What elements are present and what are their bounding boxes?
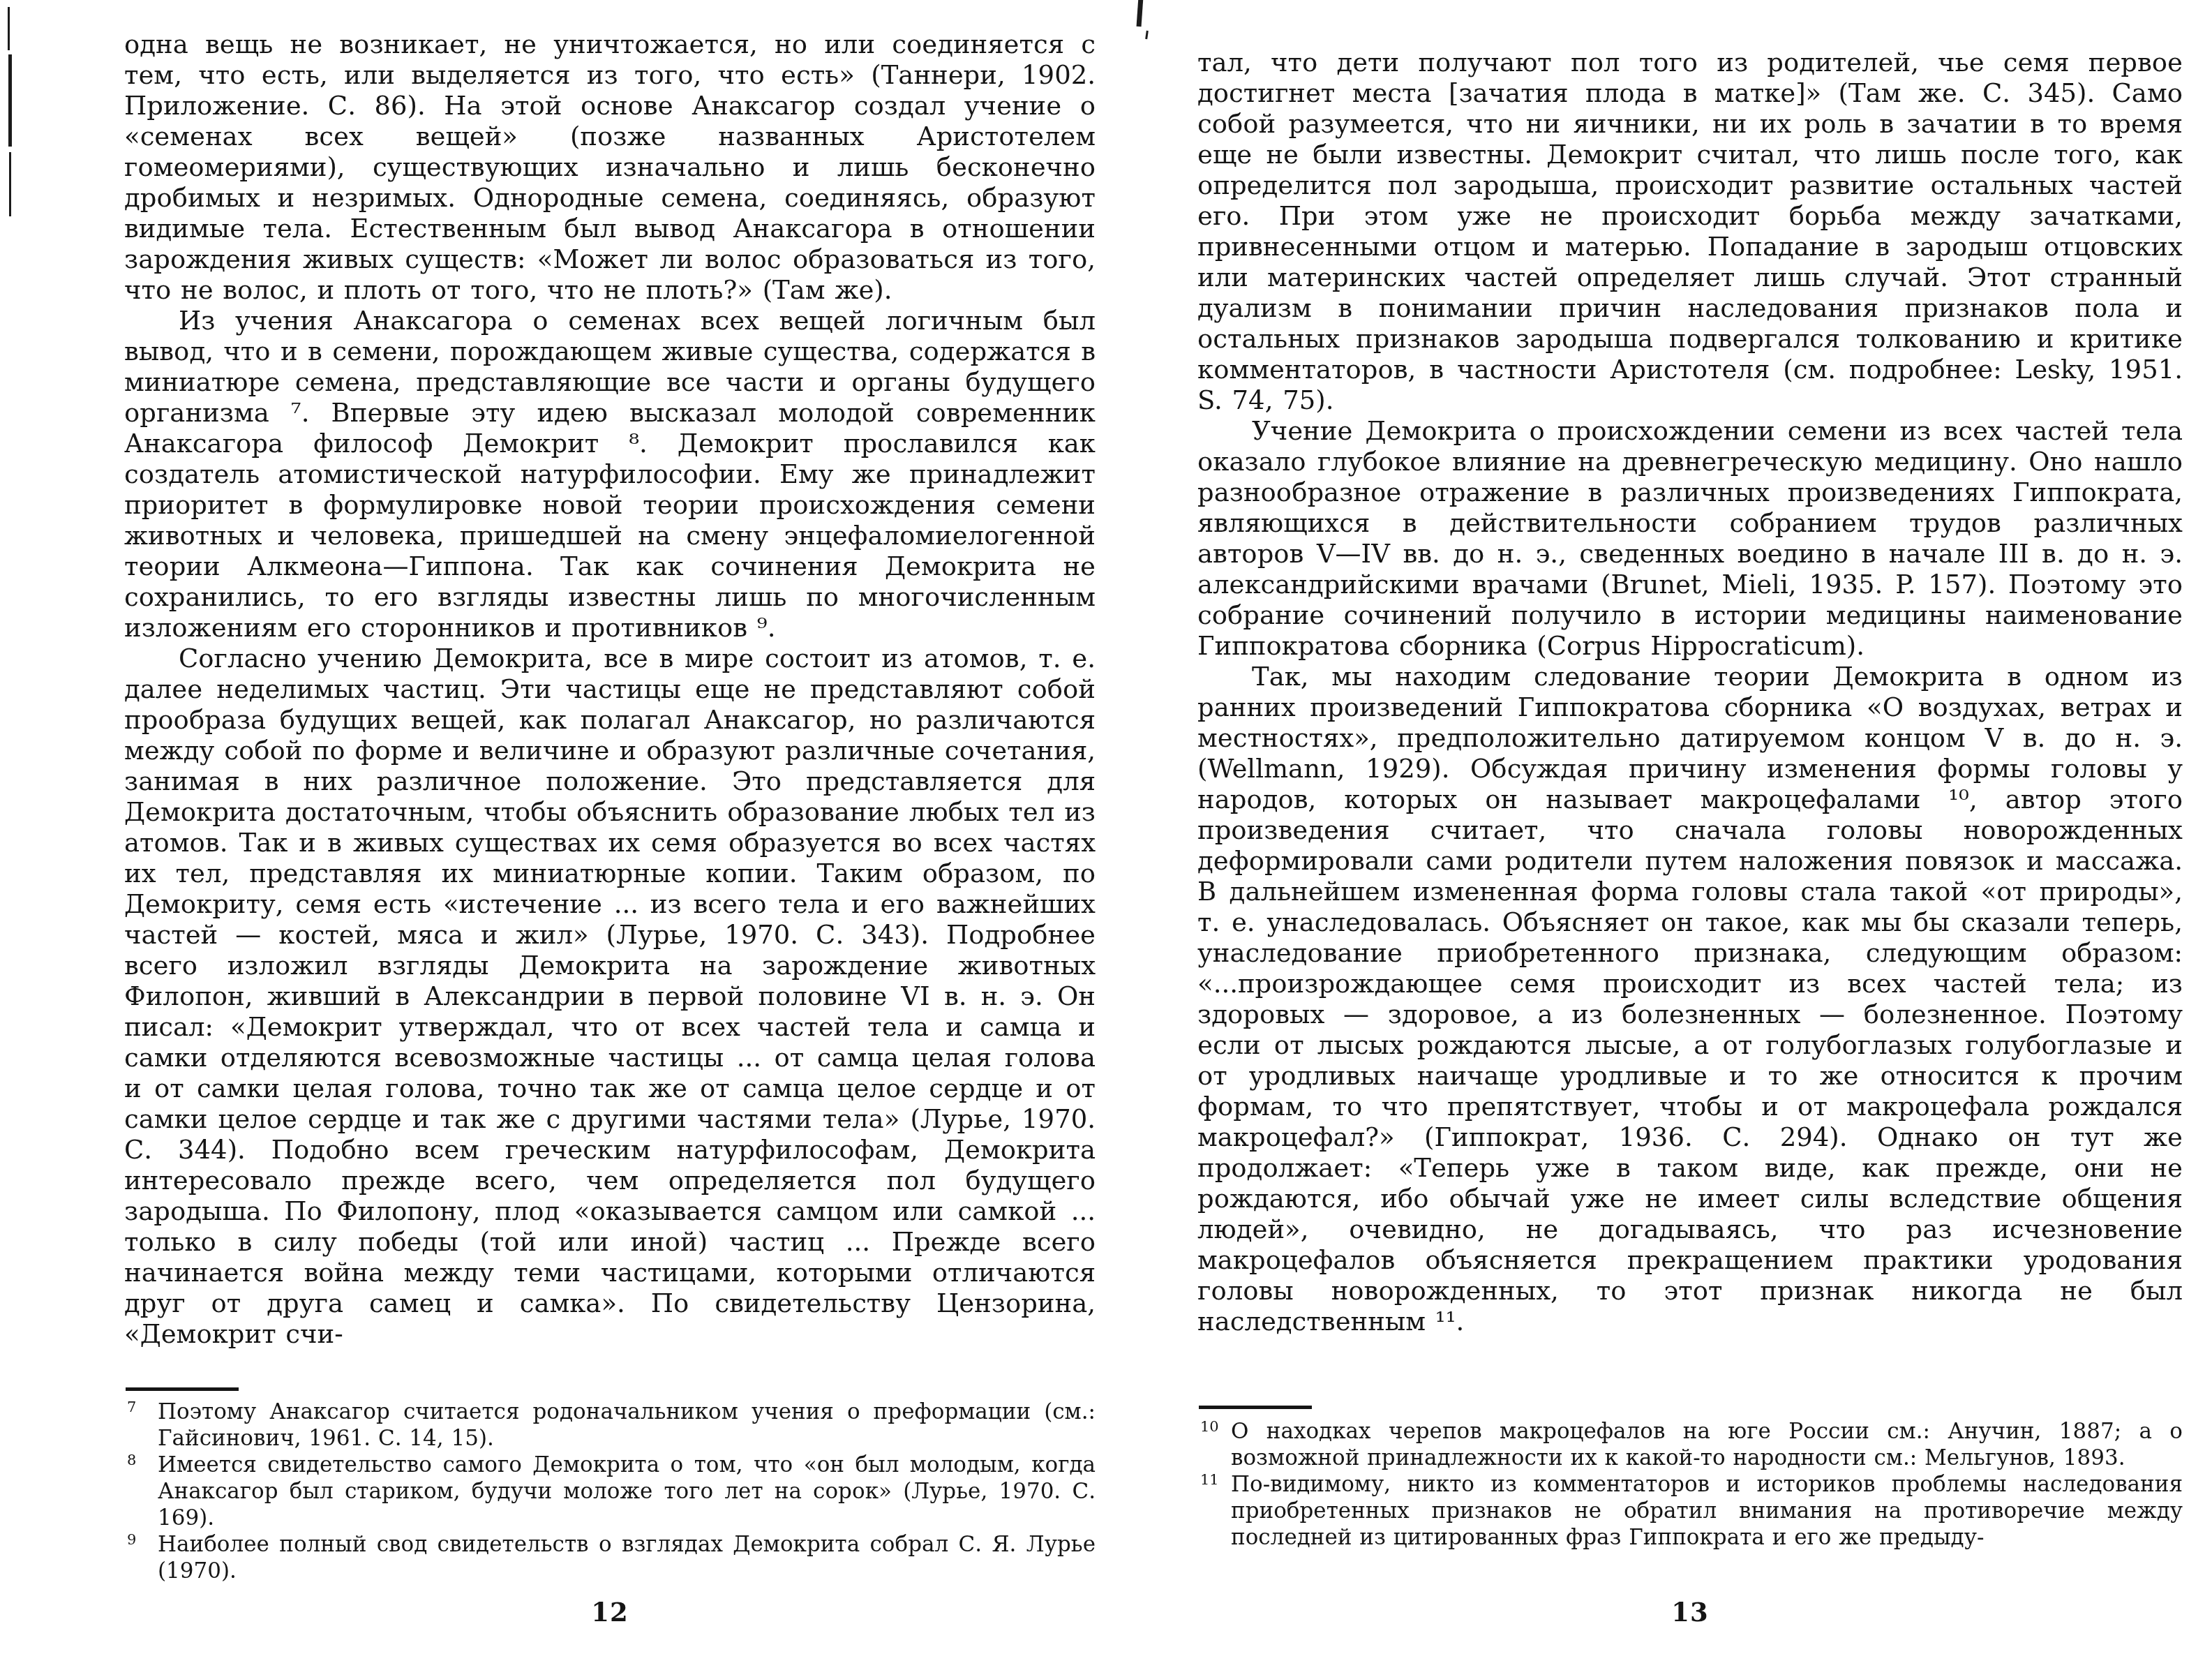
scan-artifact-left-edge [8,54,12,147]
footnote-marker: 8 [127,1447,136,1473]
footnote-text: Имеется свидетельство самого Демокрита о… [158,1452,1096,1530]
page-12: одна вещь не возникает, не уничтожается,… [124,0,1096,1661]
footnote: 9Наиболее полный свод свидетельств о взг… [124,1531,1096,1584]
footnote: 11По-видимому, никто из комментаторов и … [1197,1471,2183,1551]
footnote-marker: 7 [127,1394,136,1420]
paragraph: Так, мы находим следование теории Демокр… [1197,662,2183,1337]
page-number: 13 [1197,1597,2183,1628]
page-12-body-text: одна вещь не возникает, не уничтожается,… [124,29,1096,1350]
footnote-separator-rule [126,1387,239,1391]
paragraph: Согласно учению Демокрита, все в мире со… [124,643,1096,1350]
scan-artifact-left-edge [9,152,11,216]
page-12-footnotes: 7Поэтому Анаксагор считается родоначальн… [124,1399,1096,1584]
footnote-text: По-видимому, никто из комментаторов и ис… [1231,1472,2183,1550]
scan-artifact-top-center [1137,0,1144,27]
paragraph: Учение Демокрита о происхождении семени … [1197,416,2183,662]
footnote-marker: 10 [1200,1413,1219,1440]
footnote-marker: 9 [127,1526,136,1553]
scan-artifact-left-edge [8,7,10,50]
footnote: 10О находках черепов макроцефалов на юге… [1197,1418,2183,1471]
footnote: 8Имеется свидетельство самого Демокрита … [124,1452,1096,1531]
paragraph: одна вещь не возникает, не уничтожается,… [124,29,1096,306]
scan-artifact-top-center [1145,31,1149,39]
page-number: 12 [124,1597,1096,1628]
book-spread: одна вещь не возникает, не уничтожается,… [0,0,2212,1661]
page-13: тал, что дети получают пол того из родит… [1197,0,2183,1661]
paragraph: Из учения Анаксагора о семенах всех веще… [124,306,1096,643]
footnote-text: Поэтому Анаксагор считается родоначальни… [158,1399,1096,1451]
footnote-text: Наиболее полный свод свидетельств о взгл… [158,1532,1096,1584]
footnote-text: О находках черепов макроцефалов на юге Р… [1231,1419,2183,1470]
footnote-marker: 11 [1200,1466,1219,1493]
page-13-body-text: тал, что дети получают пол того из родит… [1197,47,2183,1337]
paragraph: тал, что дети получают пол того из родит… [1197,47,2183,416]
page-13-footnotes: 10О находках черепов макроцефалов на юге… [1197,1418,2183,1551]
footnote: 7Поэтому Анаксагор считается родоначальн… [124,1399,1096,1452]
footnote-separator-rule [1199,1406,1312,1409]
